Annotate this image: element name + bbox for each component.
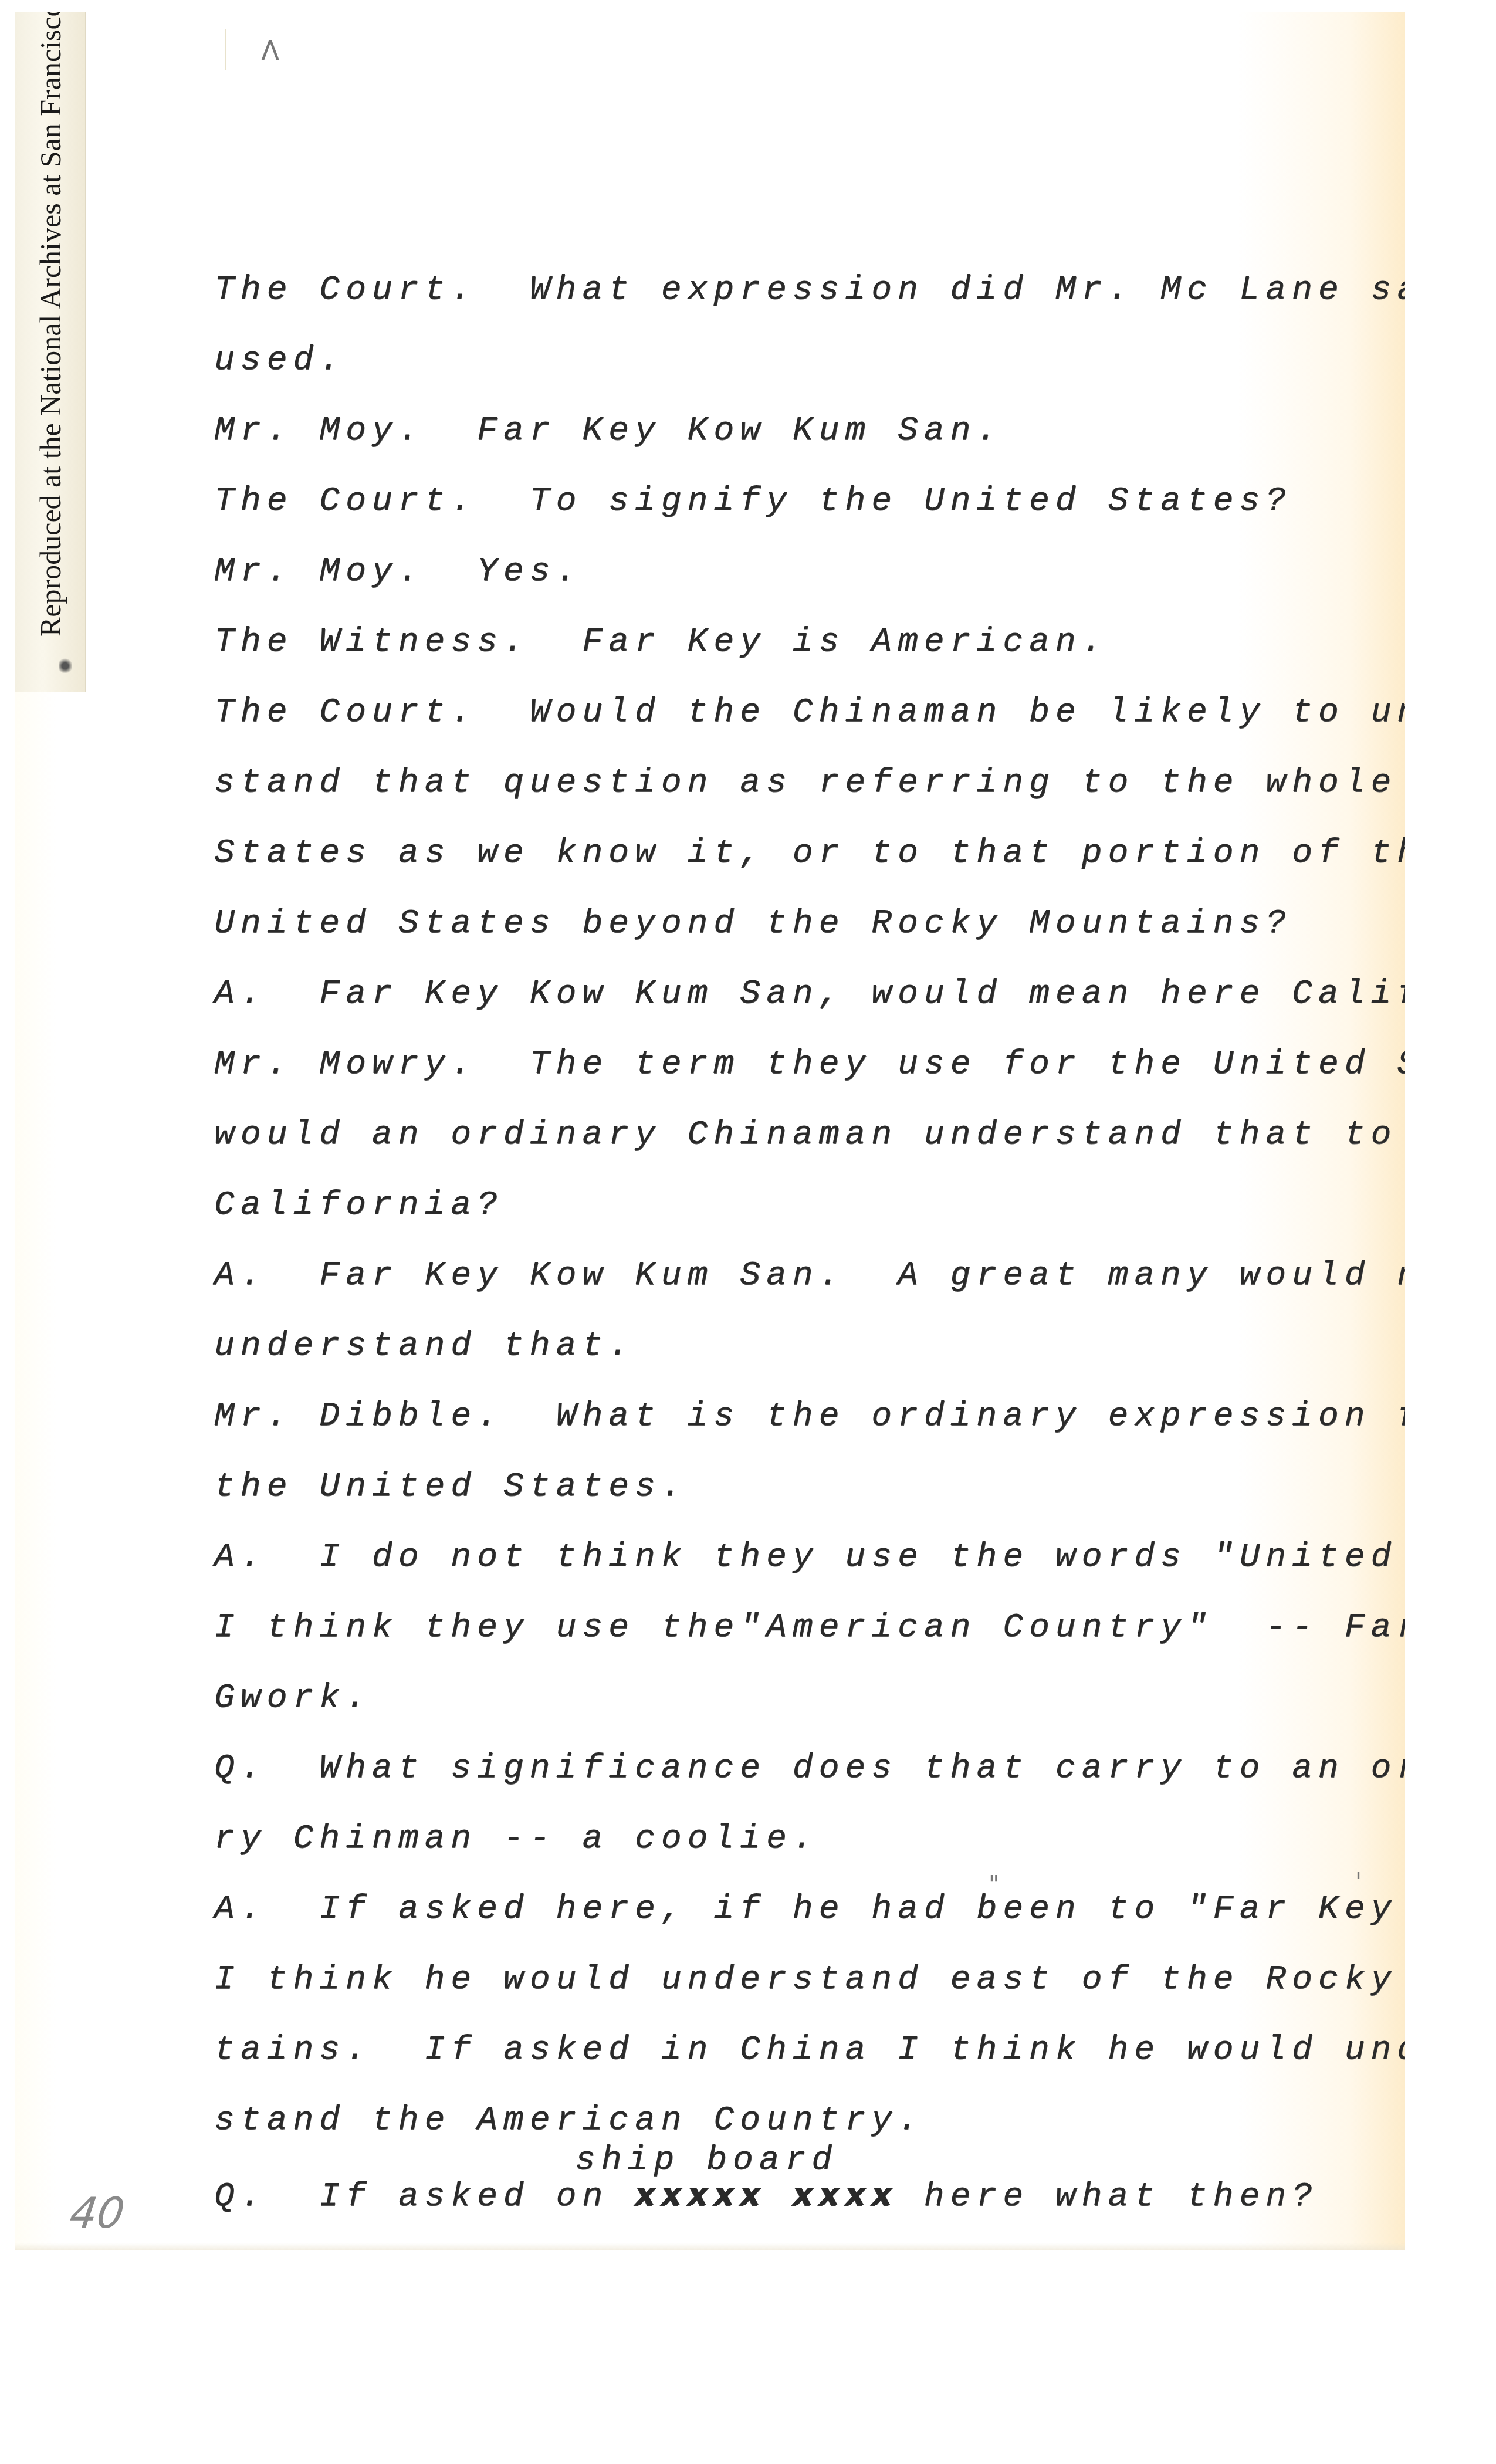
transcript-line: Mr. Moy. Far Key Kow Kum San. [214, 411, 1003, 452]
transcript-line: would an ordinary Chinaman understand th… [214, 1115, 1405, 1156]
last-line-end: here what then? [898, 2178, 1318, 2216]
transcript-line: A. I do not think they use the words "Un… [214, 1537, 1405, 1578]
caret-mark-icon: Λ [261, 35, 279, 67]
transcript-line: A. If asked here, if he had been to "Far… [214, 1889, 1405, 1930]
transcript-line: The Witness. Far Key is American. [214, 622, 1108, 663]
archive-stamp-text: Reproduced at the National Archives at S… [24, 50, 77, 637]
transcript-line: the United States. [214, 1467, 688, 1508]
interlinear-insertion: ship board [575, 2141, 838, 2179]
transcript-line: I think he would understand east of the … [214, 1959, 1405, 2001]
transcript-line: Mr. Moy. Yes. [214, 551, 582, 593]
transcript-line: A. Far Key Kow Kum San. A great many wou… [214, 1255, 1405, 1297]
handwritten-quote-mark: " [989, 1871, 999, 1898]
transcript-line: understand that. [214, 1326, 635, 1367]
transcript-line: stand the American Country. [214, 2100, 924, 2141]
transcript-line: The Court. Would the Chinaman be likely … [214, 692, 1405, 733]
transcript-line: tains. If asked in China I think he woul… [214, 2030, 1405, 2071]
transcript-line: Gwork. [214, 1678, 372, 1719]
transcript-line: Q. What significance does that carry to … [214, 1748, 1405, 1789]
transcript-line: Mr. Dibble. What is the ordinary express… [214, 1396, 1405, 1437]
transcript-last-line: Q. If asked on xxxxx xxxx here what then… [214, 2177, 1318, 2218]
transcript-line: A. Far Key Kow Kum San, would mean here … [214, 974, 1405, 1015]
transcript-line: used. [214, 340, 346, 381]
smudge-mark [59, 657, 72, 675]
transcript-line: States as we know it, or to that portion… [214, 833, 1405, 874]
transcript-line: United States beyond the Rocky Mountains… [214, 903, 1292, 945]
corner-pencil-mark [225, 29, 249, 70]
transcript-line: ry Chinman -- a coolie. [214, 1819, 819, 1860]
transcript-line: California? [214, 1185, 503, 1226]
struck-out-text: xxxxx xxxx [635, 2178, 898, 2216]
folio-number: 40 [67, 2188, 127, 2238]
document-page: Reproduced at the National Archives at S… [15, 12, 1405, 2250]
transcript-line: The Court. To signify the United States? [214, 481, 1292, 522]
archive-stamp-strip: Reproduced at the National Archives at S… [15, 12, 86, 692]
transcript-line: Mr. Mowry. The term they use for the Uni… [214, 1044, 1405, 1085]
transcript-line: The Court. What expression did Mr. Mc La… [214, 270, 1405, 311]
last-line-start: Q. If asked on [214, 2178, 635, 2216]
transcript-line: stand that question as referring to the … [214, 763, 1405, 804]
transcript-line: I think they use the"American Country" -… [214, 1607, 1405, 1649]
handwritten-tick-mark: ' [1355, 1869, 1362, 1896]
